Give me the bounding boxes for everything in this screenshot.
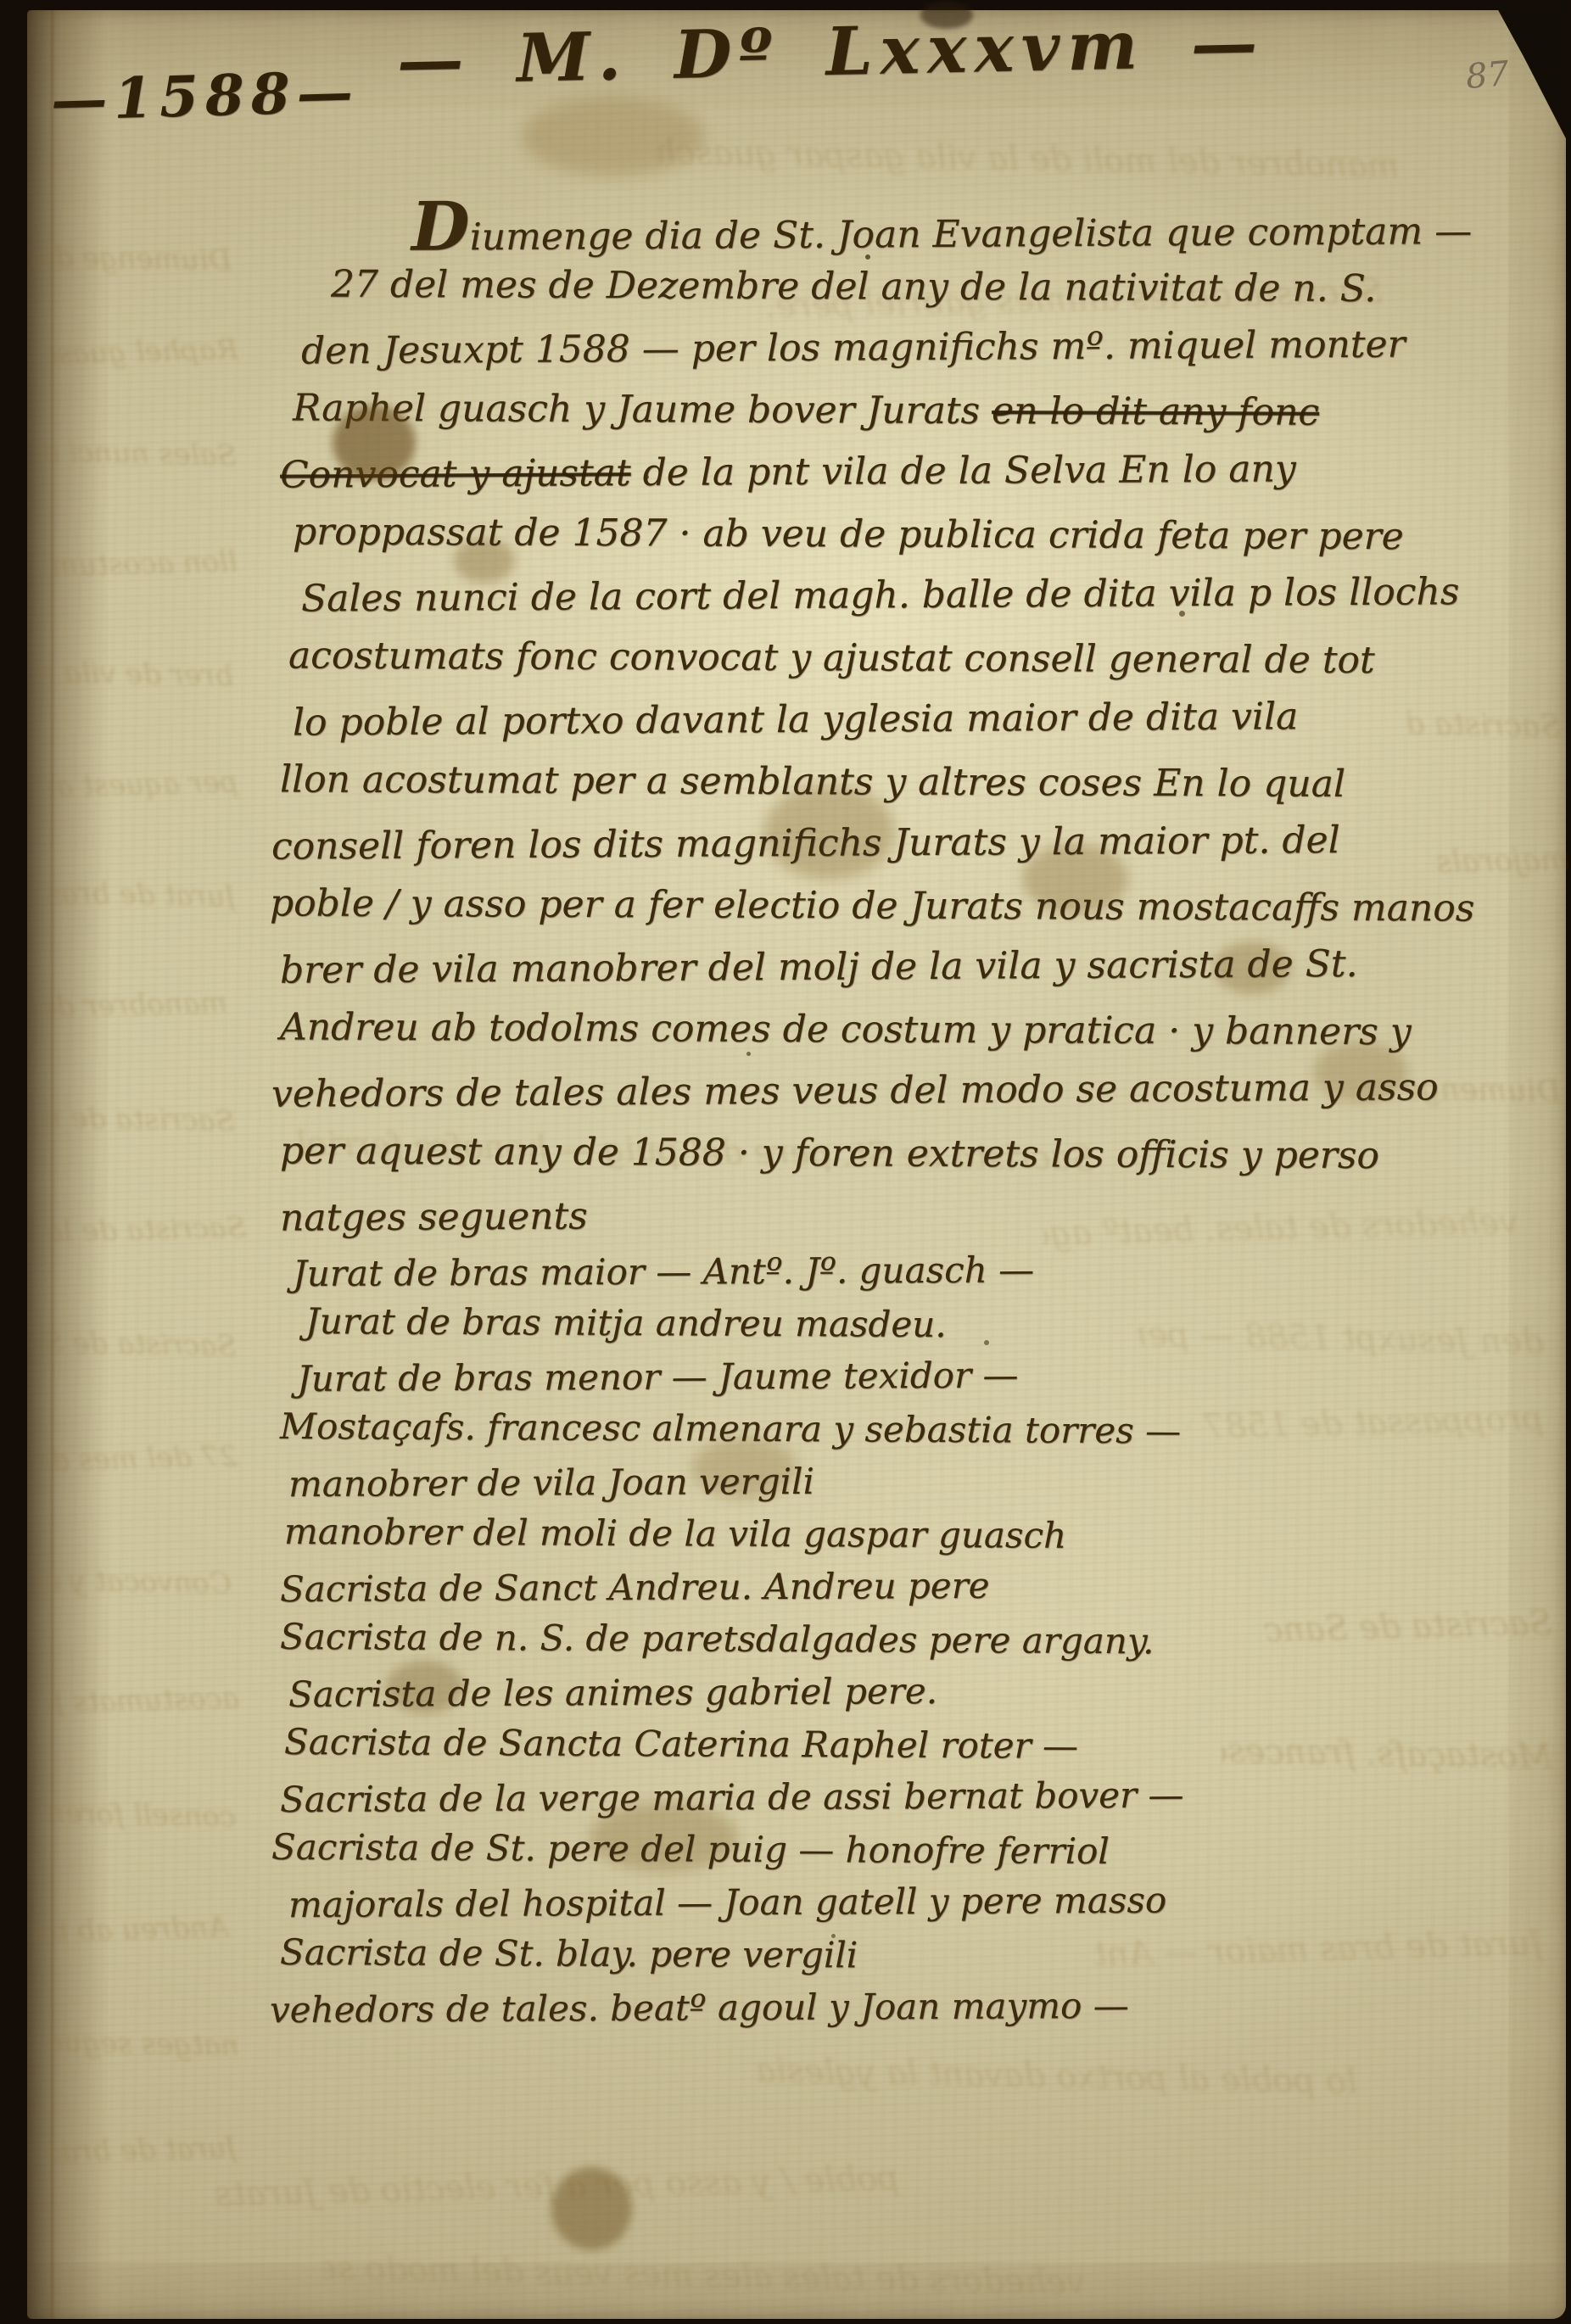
manuscript-line: consell foren los dits magnifichs Jurats… xyxy=(0,807,1571,879)
manuscript-line: Diumenge dia de St. Joan Evangelista que… xyxy=(0,188,1571,260)
manuscript-line: natges seguents xyxy=(0,1179,1571,1250)
line-text: consell foren los dits magnifichs Jurats… xyxy=(271,818,1340,869)
line-text: natges seguents xyxy=(280,1194,588,1239)
officials-list: Jurat de bras maior — Antº. Jº. guasch —… xyxy=(0,1245,1571,2034)
official-entry: Sacrista de Sancta Caterina Raphel roter… xyxy=(0,1714,1571,1775)
official-entry: Jurat de bras menor — Jaume texidor — xyxy=(0,1346,1571,1407)
line-text: proppassat de 1587 · ab veu de publica c… xyxy=(293,510,1404,558)
line-text: acostumats fonc convocat y ajustat conse… xyxy=(288,634,1375,682)
line-text: de la pnt vila de la Selva En lo any xyxy=(630,447,1295,494)
official-entry: Jurat de bras maior — Antº. Jº. guasch — xyxy=(0,1241,1571,1302)
folio-number: 87 xyxy=(1464,54,1511,97)
official-entry: Sacrista de les animes gabriel pere. xyxy=(0,1662,1571,1723)
official-entry: Sacrista de St. pere del puig — honofre … xyxy=(0,1819,1571,1880)
official-entry: manobrer del moli de la vila gaspar guas… xyxy=(0,1504,1571,1565)
manuscript-line: brer de vila manobrer del molj de la vil… xyxy=(0,931,1571,1003)
line-text: Diumenge dia de St. Joan Evangelista que… xyxy=(411,209,1472,260)
official-entry: Sacrista de St. blay. pere vergili xyxy=(0,1925,1571,1986)
line-text: lo poble al portxo davant la yglesia mai… xyxy=(293,695,1299,744)
line-text: 27 del mes de Dezembre del any de la nat… xyxy=(331,263,1377,310)
margin-year: —1588— xyxy=(50,59,361,133)
official-entry: Mostaçafs. francesc almenara y sebastia … xyxy=(0,1399,1571,1460)
line-text: per aquest any de 1588 · y foren extrets… xyxy=(280,1129,1379,1177)
line-text: llon acostumat per a semblants y altres … xyxy=(280,757,1345,805)
struck-text: en lo dit any fonc xyxy=(992,389,1319,434)
official-entry: Sacrista de Sanct Andreu. Andreu pere xyxy=(0,1556,1571,1617)
official-entry: Sacrista de la verge maria de assi berna… xyxy=(0,1767,1571,1828)
official-entry: majorals del hospital — Joan gatell y pe… xyxy=(0,1872,1571,1933)
manuscript-line: 27 del mes de Dezembre del any de la nat… xyxy=(0,252,1571,321)
manuscript-line: proppassat de 1587 · ab veu de publica c… xyxy=(0,500,1571,568)
manuscript-line: per aquest any de 1588 · y foren extrets… xyxy=(0,1119,1571,1187)
line-text: Raphel guasch y Jaume bover Jurats xyxy=(293,386,992,433)
official-entry: Jurat de bras mitja andreu masdeu. xyxy=(0,1293,1571,1355)
manuscript-page: Diumenge dia de St. Joan Evangelista que… xyxy=(0,0,1571,2324)
manuscript-line: llon acostumat per a semblants y altres … xyxy=(0,747,1571,816)
manuscript-line: Sales nunci de la cort del magh. balle d… xyxy=(0,560,1571,631)
line-text: den Jesuxpt 1588 — per los magnifichs mº… xyxy=(301,323,1406,373)
manuscript-line: Convocat y ajustat de la pnt vila de la … xyxy=(0,436,1571,507)
manuscript-line: Andreu ab todolms comes de costum y prat… xyxy=(0,995,1571,1064)
line-text: Sales nunci de la cort del magh. balle d… xyxy=(301,570,1460,620)
official-entry: manobrer de vila Joan vergili xyxy=(0,1451,1571,1512)
manuscript-line: acostumats fonc convocat y ajustat conse… xyxy=(0,623,1571,692)
manuscript-line: den Jesuxpt 1588 — per los magnifichs mº… xyxy=(0,312,1571,383)
record-paragraph: Diumenge dia de St. Joan Evangelista que… xyxy=(0,193,1571,1246)
line-text: brer de vila manobrer del molj de la vil… xyxy=(280,942,1358,992)
official-entry: vehedors de tales. beatº agoul y Joan ma… xyxy=(0,1977,1571,2038)
line-text: poble / y asso per a fer electio de Jura… xyxy=(270,881,1475,930)
official-entry: Sacrista de n. S. de paretsdalgades pere… xyxy=(0,1609,1571,1670)
manuscript-line: lo poble al portxo davant la yglesia mai… xyxy=(0,684,1571,755)
manuscript-line: poble / y asso per a fer electio de Jura… xyxy=(0,871,1571,940)
manuscript-line: vehedors de tales ales mes veus del modo… xyxy=(0,1055,1571,1126)
line-text: vehedors de tales ales mes veus del modo… xyxy=(271,1065,1439,1115)
struck-text: Convocat y ajustat xyxy=(280,451,631,497)
line-text: Andreu ab todolms comes de costum y prat… xyxy=(280,1005,1412,1053)
manuscript-line: Raphel guasch y Jaume bover Jurats en lo… xyxy=(0,376,1571,444)
